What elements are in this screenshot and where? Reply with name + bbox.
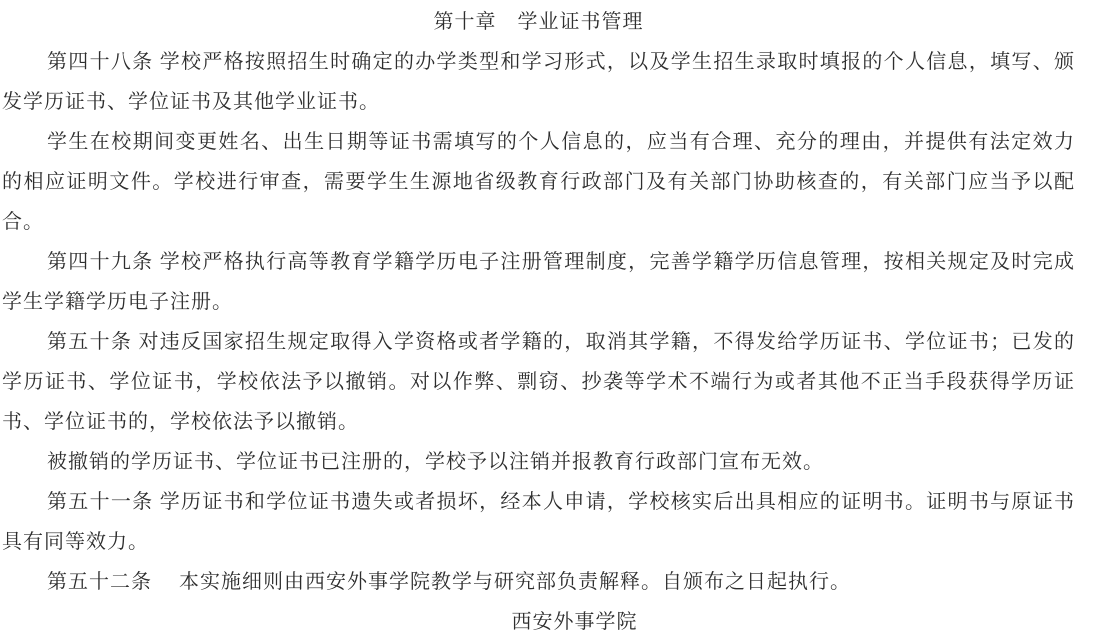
text-line: 第四十九条 学校严格执行高等教育学籍学历电子注册管理制度，完善学籍学历信息管理，… (2, 242, 1075, 282)
text-line: 学历证书、学位证书，学校依法予以撤销。对以作弊、剽窃、抄袭等学术不端行为或者其他… (2, 362, 1075, 402)
text-line: 第四十八条 学校严格按照招生时确定的办学类型和学习形式，以及学生招生录取时填报的… (2, 42, 1075, 82)
text-line: 书、学位证书的，学校依法予以撤销。 (2, 402, 1075, 442)
text-line: 第五十条 对违反国家招生规定取得入学资格或者学籍的，取消其学籍，不得发给学历证书… (2, 322, 1075, 362)
document-page: 第十章 学业证书管理 第四十八条 学校严格按照招生时确定的办学类型和学习形式，以… (0, 0, 1099, 635)
text-line: 的相应证明文件。学校进行审查，需要学生生源地省级教育行政部门及有关部门协助核查的… (2, 162, 1075, 202)
signature-line: 西安外事学院 (2, 602, 1075, 635)
chapter-heading: 第十章 学业证书管理 (2, 2, 1075, 42)
text-line: 学生学籍学历电子注册。 (2, 282, 1075, 322)
text-line: 第五十一条 学历证书和学位证书遗失或者损坏，经本人申请，学校核实后出具相应的证明… (2, 482, 1075, 522)
text-line: 发学历证书、学位证书及其他学业证书。 (2, 82, 1075, 122)
text-line: 被撤销的学历证书、学位证书已注册的，学校予以注销并报教育行政部门宣布无效。 (2, 442, 1075, 482)
text-line: 第五十二条 本实施细则由西安外事学院教学与研究部负责解释。自颁布之日起执行。 (2, 562, 1075, 602)
text-line: 学生在校期间变更姓名、出生日期等证书需填写的个人信息的，应当有合理、充分的理由，… (2, 122, 1075, 162)
text-line: 具有同等效力。 (2, 522, 1075, 562)
text-line: 合。 (2, 202, 1075, 242)
